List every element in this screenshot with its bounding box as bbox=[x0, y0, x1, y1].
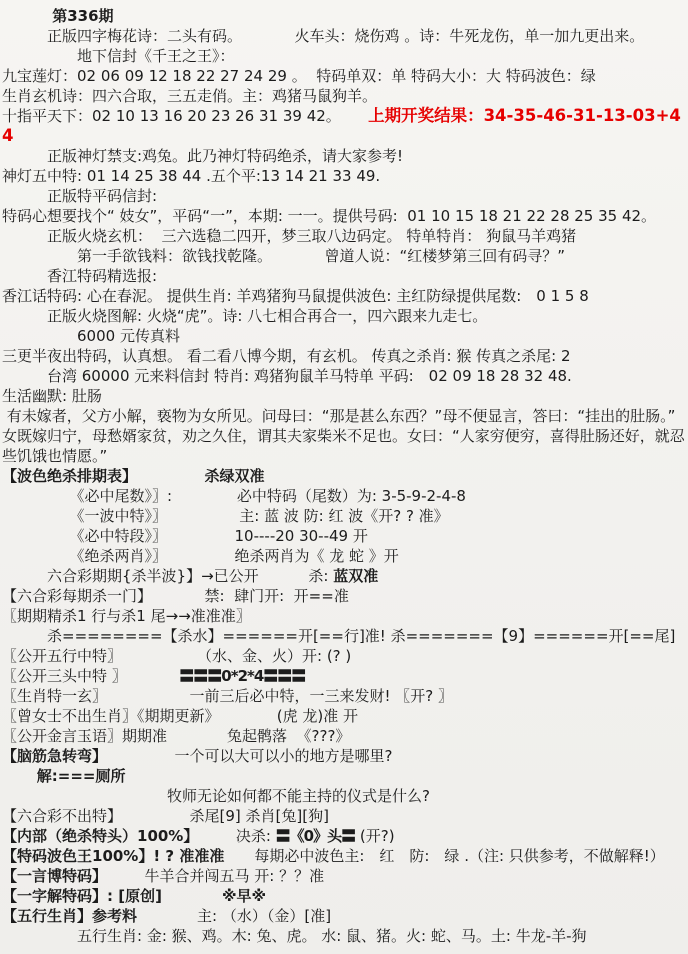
issue-number: 第336期 bbox=[2, 6, 686, 26]
one-word-solve-line: 【一字解特码】: [原创] ※早※ bbox=[2, 886, 686, 906]
text-segment: 〖期期精杀1 行与杀1 尾→→准准准〗 bbox=[2, 607, 251, 625]
text-segment: 牛羊合并闯五马 开: ？？准 bbox=[100, 867, 325, 885]
humor-body-line-1: 有未嫁者，父方小解，亵物为女所见。问母曰：“那是甚么东西？”母不便显言，答曰：“… bbox=[2, 406, 686, 426]
hongkong-special-line: 香江话特码: 心在春泥。 提供生肖: 羊鸡猪狗马鼠提供波色: 主红防绿提供尾数:… bbox=[2, 286, 686, 306]
text-segment: 正版火烧玄机： 三六选稳二四开，梦三取八边码定。 特单特肖： 狗鼠马羊鸡猪 bbox=[2, 227, 576, 245]
kill-row-tail-title-line: 〖期期精杀1 行与杀1 尾→→准准准〗 bbox=[2, 606, 686, 626]
text-segment: (开?) bbox=[355, 827, 394, 845]
nine-lotus-line: 九宝莲灯：02 06 09 12 18 22 27 24 29 。 特码单双：单… bbox=[2, 66, 686, 86]
fire-diagram-line: 正版火烧图解: 火烧“虎”。诗: 八七相合再合一，四六跟来九走七。 bbox=[2, 306, 686, 326]
text-segment: 〖公开五行中特〗 （水、金、火）开: (? ) bbox=[2, 647, 351, 665]
text-segment: 《绝杀两肖》〗 绝杀两肖为《 龙 蛇 》开 bbox=[2, 547, 399, 565]
text-segment: 【脑筋急转弯】 bbox=[2, 747, 100, 765]
wave-kill-schedule-line: 【波色绝杀排期表】 杀绿双准 bbox=[2, 466, 686, 486]
brain-teaser-answer-line: 解:===厕所 bbox=[2, 766, 686, 786]
first-money-line: 第一手欲钱料：欲钱找乾隆。 曾道人说：“红楼梦第三回有码寻？” bbox=[2, 246, 686, 266]
text-segment bbox=[2, 767, 37, 785]
text-segment: 六合彩期期{杀半波}】→已公开 杀: bbox=[2, 567, 333, 585]
text-segment: 【六合彩不出特】 杀尾[9] 杀肖[兔][狗] bbox=[2, 807, 329, 825]
text-segment: 〖生肖特一玄〗 一前三后必中特，一三来发财! 〖开? 〗 bbox=[2, 687, 453, 705]
text-segment: 【五行生肖】参考料 bbox=[2, 907, 137, 925]
text-segment: 【一言博特码】 bbox=[2, 867, 100, 885]
text-segment: 三更半夜出特码，认真想。 看二看八博今期，有玄机。 传真之杀肖: 猴 传真之杀尾… bbox=[2, 347, 571, 365]
text-segment: 〖公开三头中特 〗 bbox=[2, 667, 179, 685]
internal-kill-head-line: 【内部（绝杀特头）100%】 决杀: 〓《0》头〓 (开?) bbox=[2, 826, 686, 846]
taiwan-envelope-line: 台湾 60000 元来料信封 特肖: 鸡猪狗鼠羊马特单 平码: 02 09 18… bbox=[2, 366, 686, 386]
wave-color-king-line: 【特码波色王100%】! ? 准准准 每期必中波色主: 红 防: 绿 .（注: … bbox=[2, 846, 686, 866]
text-segment: 香江特码精选报: bbox=[2, 267, 157, 285]
text-segment: 台湾 60000 元来料信封 特肖: 鸡猪狗鼠羊马特单 平码: 02 09 18… bbox=[2, 367, 572, 385]
text-segment bbox=[162, 887, 222, 905]
text-segment bbox=[130, 467, 205, 485]
kill-water-line: 杀========【杀水】======开[==行]准! 杀=======【9】=… bbox=[2, 626, 686, 646]
brain-teaser-2-line: 牧师无论如何都不能主持的仪式是什么? bbox=[2, 786, 686, 806]
five-element-zodiac-title-line: 【五行生肖】参考料 主: （水）（金）[准] bbox=[2, 906, 686, 926]
text-segment: 生肖玄机诗：四六合取，三五走俏。主：鸡猪马鼠狗羊。 bbox=[2, 87, 377, 105]
text-segment: 女既嫁归宁，母愁婿家贫，劝之久住，谓其夫家柴米不足也。女曰：“人家穷便穷，喜得肚… bbox=[2, 427, 685, 465]
text-segment: 五行生肖: 金: 猴、鸡。木: 兔、虎。 水: 鼠、猪。火: 蛇、马。土: 牛龙… bbox=[2, 927, 587, 945]
text-segment: 牧师无论如何都不能主持的仪式是什么? bbox=[2, 787, 430, 805]
humor-body-line-2: 女既嫁归宁，母愁婿家贫，劝之久住，谓其夫家柴米不足也。女曰：“人家穷便穷，喜得肚… bbox=[2, 426, 686, 466]
three-heads-line: 〖公开三头中特 〗 〓〓〓0*2*4〓〓〓 bbox=[2, 666, 686, 686]
text-segment: 【六合彩每期杀一门】 禁: 肆门开: 开==准 bbox=[2, 587, 349, 605]
five-element-zodiac-detail-line: 五行生肖: 金: 猴、鸡。木: 兔、虎。 水: 鼠、猪。火: 蛇、马。土: 牛龙… bbox=[2, 926, 686, 946]
ten-fingers-line: 十指平天下：02 10 13 16 20 23 26 31 39 42。 上期开… bbox=[2, 106, 686, 146]
zodiac-mystery-poem-line: 生肖玄机诗：四六合取，三五走俏。主：鸡猪马鼠狗羊。 bbox=[2, 86, 686, 106]
text-segment: 第336期 bbox=[2, 7, 114, 25]
text-segment: 决杀: bbox=[191, 827, 276, 845]
text-segment: 正版四字梅花诗：二头有码。 bbox=[2, 27, 235, 45]
fax-price-line: 6000 元传真料 bbox=[2, 326, 686, 346]
three-heads-value: 〓〓〓0*2*4〓〓〓 bbox=[179, 667, 305, 685]
text-segment: 香江话特码: 心在春泥。 提供生肖: 羊鸡猪狗马鼠提供波色: 主红防绿提供尾数:… bbox=[2, 287, 589, 305]
text-segment: 【波色绝杀排期表】 bbox=[2, 467, 130, 485]
must-hit-segment-line: 《必中特段》〗 10----20 30--49 开 bbox=[2, 526, 686, 546]
brain-teaser-line: 【脑筋急转弯】 一个可以大可以小的地方是哪里? bbox=[2, 746, 686, 766]
text-segment: 十指平天下：02 10 13 16 20 23 26 31 39 42。 bbox=[2, 107, 333, 125]
brain-teaser-answer: 解:===厕所 bbox=[37, 767, 126, 785]
one-word-bet-line: 【一言博特码】 牛羊合并闯五马 开: ？？准 bbox=[2, 866, 686, 886]
madam-zeng-line: 〖曾女士不出生肖〗《期期更新》 (虎 龙)准 开 bbox=[2, 706, 686, 726]
must-hit-tail-line: 《必中尾数》〗: 必中特码（尾数）为: 3-5-9-2-4-8 bbox=[2, 486, 686, 506]
text-segment: 正版特平码信封: bbox=[2, 187, 157, 205]
text-segment: 《必中特段》〗 10----20 30--49 开 bbox=[2, 527, 368, 545]
text-segment: 生活幽默: 肚肠 bbox=[2, 387, 102, 405]
text-segment: 正版神灯禁支:鸡兔。此乃神灯特码绝杀，请大家参考! bbox=[2, 147, 403, 165]
text-segment: 6000 元传真料 bbox=[2, 327, 180, 345]
text-segment: 《必中尾数》〗: 必中特码（尾数）为: 3-5-9-2-4-8 bbox=[2, 487, 466, 505]
text-segment: 有未嫁者，父方小解，亵物为女所见。问母曰：“那是甚么东西？”母不便显言，答曰：“… bbox=[2, 407, 675, 425]
kill-half-wave-line: 六合彩期期{杀半波}】→已公开 杀: 蓝双准 bbox=[2, 566, 686, 586]
text-segment: 每期必中波色主: 红 防: 绿 .（注: 只供参考，不做解释!） bbox=[224, 847, 664, 865]
text-segment: 杀绿双准 bbox=[205, 467, 265, 485]
midnight-special-line: 三更半夜出特码，认真想。 看二看八博今期，有玄机。 传真之杀肖: 猴 传真之杀尾… bbox=[2, 346, 686, 366]
kill-two-zodiac-line: 《绝杀两肖》〗 绝杀两肖为《 龙 蛇 》开 bbox=[2, 546, 686, 566]
text-segment: 〖公开金言玉语〗期期准 兔起鹘落 《???》 bbox=[2, 727, 350, 745]
golden-words-line: 〖公开金言玉语〗期期准 兔起鹘落 《???》 bbox=[2, 726, 686, 746]
lottery-tip-sheet: 第336期 正版四字梅花诗：二头有码。 火车头：烧伤鸡 。诗：牛死龙伤，单一加九… bbox=[0, 0, 688, 954]
text-segment bbox=[333, 107, 368, 125]
one-wave-special-line: 《一波中特》〗 主: 蓝 波 防: 红 波《开? ? 准》 bbox=[2, 506, 686, 526]
text-segment: 蓝双准 bbox=[333, 567, 378, 585]
text-segment: 一个可以大可以小的地方是哪里? bbox=[100, 747, 393, 765]
hongkong-report-title-line: 香江特码精选报: bbox=[2, 266, 686, 286]
one-word-answer: ※早※ bbox=[222, 887, 266, 905]
text-segment: 杀========【杀水】======开[==行]准! 杀=======【9】=… bbox=[2, 627, 675, 645]
text-segment: 九宝莲灯：02 06 09 12 18 22 27 24 29 。 特码单双：单… bbox=[2, 67, 596, 85]
text-segment: 特码心想要找个“ 妓女”，平码“一”，本期: 一一。提供号码: 01 10 15… bbox=[2, 207, 656, 225]
zodiac-mystery-line: 〖生肖特一玄〗 一前三后必中特，一三来发财! 〖开? 〗 bbox=[2, 686, 686, 706]
text-segment: 【特码波色王100%】! ? 准准准 bbox=[2, 847, 224, 865]
text-segment: 火车头：烧伤鸡 。诗：牛死龙伤，单一加九更出来。 bbox=[235, 27, 645, 45]
five-elements-line: 〖公开五行中特〗 （水、金、火）开: (? ) bbox=[2, 646, 686, 666]
text-segment: 【一字解特码】: [原创] bbox=[2, 887, 162, 905]
text-segment: 第一手欲钱料：欲钱找乾隆。 曾道人说：“红楼梦第三回有码寻？” bbox=[2, 247, 565, 265]
text-segment: 地下信封《千王之王》： bbox=[2, 47, 235, 65]
humor-title-line: 生活幽默: 肚肠 bbox=[2, 386, 686, 406]
text-segment: 神灯五中特: 01 14 25 38 44 .五个平:13 14 21 33 4… bbox=[2, 167, 380, 185]
magic-lamp-five-line: 神灯五中特: 01 14 25 38 44 .五个平:13 14 21 33 4… bbox=[2, 166, 686, 186]
kill-head-value: 〓《0》头〓 bbox=[276, 827, 355, 845]
kill-one-gate-line: 【六合彩每期杀一门】 禁: 肆门开: 开==准 bbox=[2, 586, 686, 606]
special-flat-envelope-line: 正版特平码信封: bbox=[2, 186, 686, 206]
special-code-line: 特码心想要找个“ 妓女”，平码“一”，本期: 一一。提供号码: 01 10 15… bbox=[2, 206, 686, 226]
text-segment: 《一波中特》〗 主: 蓝 波 防: 红 波《开? ? 准》 bbox=[2, 507, 449, 525]
text-segment: 【内部（绝杀特头）100%】 bbox=[2, 827, 191, 845]
no-special-line: 【六合彩不出特】 杀尾[9] 杀肖[兔][狗] bbox=[2, 806, 686, 826]
magic-lamp-ban-line: 正版神灯禁支:鸡兔。此乃神灯特码绝杀，请大家参考! bbox=[2, 146, 686, 166]
text-segment: 主: （水）（金）[准] bbox=[137, 907, 331, 925]
text-segment: 〖曾女士不出生肖〗《期期更新》 (虎 龙)准 开 bbox=[2, 707, 358, 725]
underground-envelope-line: 地下信封《千王之王》： bbox=[2, 46, 686, 66]
plum-poem-line: 正版四字梅花诗：二头有码。 火车头：烧伤鸡 。诗：牛死龙伤，单一加九更出来。 bbox=[2, 26, 686, 46]
text-segment: 正版火烧图解: 火烧“虎”。诗: 八七相合再合一，四六跟来九走七。 bbox=[2, 307, 487, 325]
fire-mystery-line: 正版火烧玄机： 三六选稳二四开，梦三取八边码定。 特单特肖： 狗鼠马羊鸡猪 bbox=[2, 226, 686, 246]
